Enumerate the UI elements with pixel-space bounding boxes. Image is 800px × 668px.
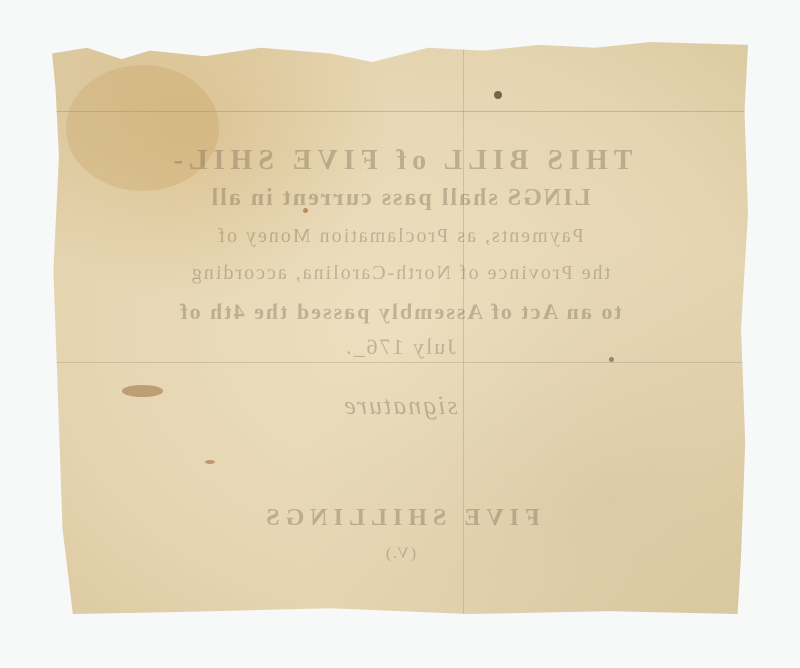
- bleed-line: the Province of North-Carolina, accordin…: [87, 262, 713, 285]
- bleed-line: Payments, as Proclamation Money of: [87, 225, 713, 248]
- bleed-signature: signature: [87, 391, 713, 421]
- bleed-line: July 176_.: [87, 334, 713, 360]
- bill-paper: THIS BILL of FIVE SHIL- LINGS shall pass…: [52, 42, 748, 614]
- bleed-line: FIVE SHILLINGS: [87, 505, 713, 532]
- bleed-line: (V.): [87, 545, 713, 563]
- bleed-line: THIS BILL of FIVE SHIL-: [87, 145, 713, 177]
- bleed-line: LINGS shall pass current in all: [87, 185, 713, 212]
- bleed-line: to an Act of Assembly passed the 4th of: [87, 299, 713, 325]
- bleed-through-text: THIS BILL of FIVE SHIL- LINGS shall pass…: [52, 42, 748, 614]
